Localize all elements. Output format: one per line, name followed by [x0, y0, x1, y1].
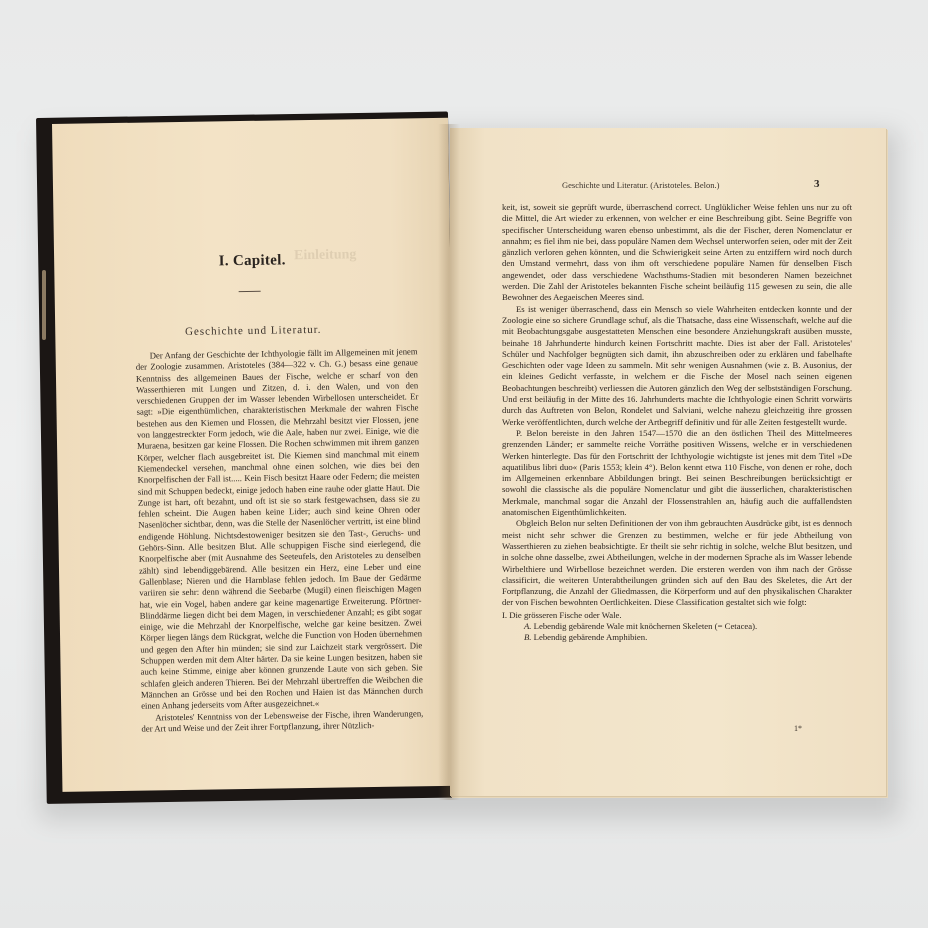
book-gutter: [438, 124, 460, 800]
list-item-text: Lebendig gebärende Amphibien.: [534, 632, 648, 642]
paragraph: Obgleich Belon nur selten Definitionen d…: [502, 518, 852, 608]
list-item: A. Lebendig gebärende Wale mit knöcherne…: [502, 621, 852, 632]
classification-list: I. Die grösseren Fische oder Wale. A. Le…: [502, 610, 852, 644]
paragraph: Es ist weniger überraschend, dass ein Me…: [502, 304, 852, 428]
left-page: Einleitung I. Capitel. Geschichte und Li…: [52, 118, 458, 792]
list-item-text: Lebendig gebärende Wale mit knöchernen S…: [534, 621, 758, 631]
left-body-text: Der Anfang der Geschichte der Ichthyolog…: [136, 346, 424, 734]
signature-mark: 1*: [794, 724, 802, 733]
right-page: Geschichte und Literatur. (Aristoteles. …: [450, 128, 886, 796]
paragraph: Der Anfang der Geschichte der Ichthyolog…: [136, 346, 424, 712]
running-head: Geschichte und Literatur. (Aristoteles. …: [562, 180, 719, 190]
list-marker: A.: [524, 621, 531, 631]
paragraph: P. Belon bereiste in den Jahren 1547—157…: [502, 428, 852, 518]
chapter-rule: [239, 291, 261, 292]
paragraph: Aristoteles' Kenntniss von der Lebenswei…: [141, 708, 423, 735]
cover-fray: [42, 270, 46, 340]
list-marker: B.: [524, 632, 531, 642]
page-number: 3: [814, 178, 820, 190]
chapter-title: I. Capitel.: [54, 250, 450, 273]
list-item: I. Die grösseren Fische oder Wale.: [502, 610, 852, 621]
section-title: Geschichte und Literatur.: [55, 322, 451, 340]
right-body-text: keit, ist, soweit sie geprüft wurde, übe…: [502, 202, 852, 644]
paragraph: keit, ist, soweit sie geprüft wurde, übe…: [502, 202, 852, 304]
list-item: B. Lebendig gebärende Amphibien.: [502, 632, 852, 643]
